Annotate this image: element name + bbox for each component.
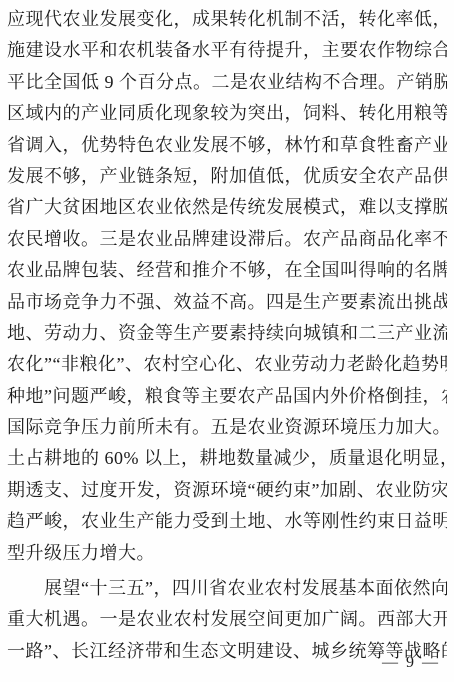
document-page: 应现代农业发展变化，成果转化机制不活，转化率低，农田水利设施建设水平和农机装备水… <box>0 0 454 682</box>
text-line: 品市场竞争力不强、效益不高。四是生产要素流出挑战加剧。土 <box>7 287 447 318</box>
text-line: 平比全国低 9 个百分点。二是农业结构不合理。产销脱节，一定 <box>7 67 447 98</box>
text-line: 施建设水平和农机装备水平有待提升，主要农作物综合机械化水 <box>7 35 447 66</box>
text-line: 土占耕地的 60% 以上，耕地数量减少，质量退化明显，农业资源长 <box>7 443 447 474</box>
text-line: 地、劳动力、资金等生产要素持续向城镇和二三产业流动，土地“非 <box>7 318 447 349</box>
text-line: 型升级压力增大。 <box>7 538 447 569</box>
text-line: 农民增收。三是农业品牌建设滞后。农产品商品化率不足 60%， <box>7 224 447 255</box>
text-line: 重大机遇。一是农业农村发展空间更加广阔。西部大开发、“一带 <box>7 604 447 635</box>
text-line: 省广大贫困地区农业依然是传统发展模式，难以支撑脱贫攻坚和 <box>7 192 447 223</box>
text-line: 趋严峻，农业生产能力受到土地、水等刚性约束日益明显，农业转 <box>7 506 447 537</box>
text-line: 一路”、长江经济带和生态文明建设、城乡统筹等战略的深入实施， <box>7 636 447 667</box>
text-line: 期透支、过度开发，资源环境“硬约束”加剧、农业防灾减灾形势日 <box>7 475 447 506</box>
text-line: 农化”“非粮化”、农村空心化、农业劳动力老龄化趋势明显，“谁来 <box>7 349 447 380</box>
text-line: 种地”问题严峻，粮食等主要农产品国内外价格倒挂，农业面临的 <box>7 381 447 412</box>
text-line: 农业品牌包装、经营和推介不够，在全国叫得响的名牌很少，农产 <box>7 255 447 286</box>
text-line: 展望“十三五”，四川省农业农村发展基本面依然向好，面临 <box>7 573 447 604</box>
text-line: 应现代农业发展变化，成果转化机制不活，转化率低，农田水利设 <box>7 4 447 35</box>
text-line: 省调入，优势特色农业发展不够，林竹和草食牲畜产业潜力巨大但 <box>7 130 447 161</box>
page-number: — 9 — <box>382 654 440 672</box>
body-text: 应现代农业发展变化，成果转化机制不活，转化率低，农田水利设施建设水平和农机装备水… <box>7 4 447 667</box>
text-line: 发展不够，产业链条短，附加值低，优质安全农产品供给不足。我 <box>7 161 447 192</box>
text-line: 区域内的产业同质化现象较为突出，饲料、转化用粮等大量依靠外 <box>7 98 447 129</box>
text-line: 国际竞争压力前所未有。五是农业资源环境压力加大。中低产田 <box>7 412 447 443</box>
